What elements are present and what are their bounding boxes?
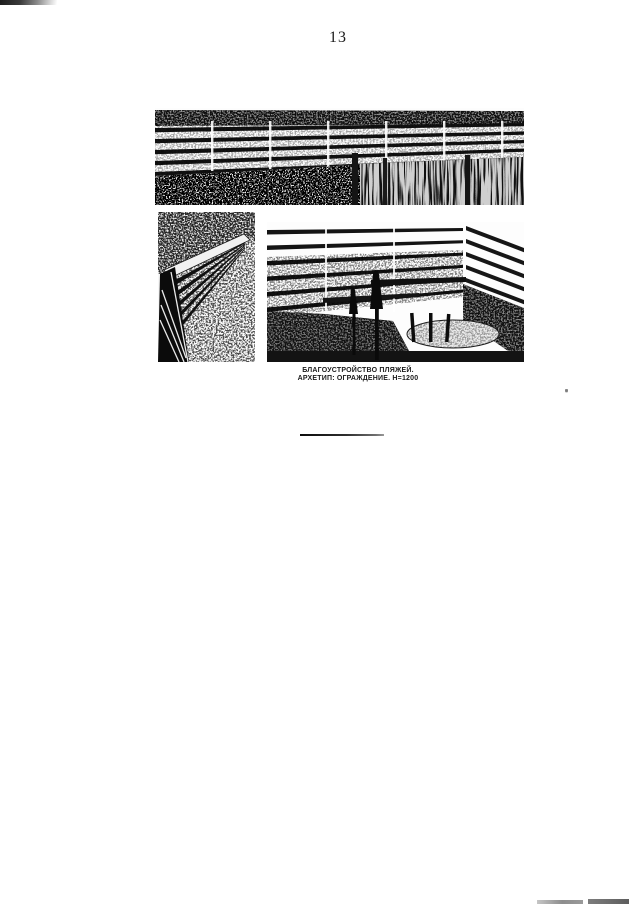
document-page: 13 bbox=[0, 0, 629, 905]
figure-collage bbox=[155, 108, 524, 362]
section-divider-rule bbox=[300, 434, 384, 436]
page-number: 13 bbox=[329, 29, 353, 47]
figure-caption: БЛАГОУСТРОЙСТВО ПЛЯЖЕЙ. АРХЕТИП: ОГРАЖДЕ… bbox=[280, 367, 436, 383]
caption-line-1: БЛАГОУСТРОЙСТВО ПЛЯЖЕЙ. bbox=[280, 367, 436, 375]
photo-fence-panorama bbox=[155, 108, 524, 205]
scan-artifact-top-left bbox=[0, 0, 57, 5]
scan-artifact-bottom-right-1 bbox=[537, 900, 583, 904]
photo-fence-perspective bbox=[158, 212, 255, 362]
scan-artifact-bottom-right-2 bbox=[588, 899, 629, 904]
scan-speck bbox=[565, 389, 568, 393]
caption-line-2: АРХЕТИП: ОГРАЖДЕНИЕ. Н=1200 bbox=[280, 375, 436, 383]
photo-fence-platform bbox=[267, 222, 524, 362]
collage-graphic bbox=[155, 108, 524, 362]
